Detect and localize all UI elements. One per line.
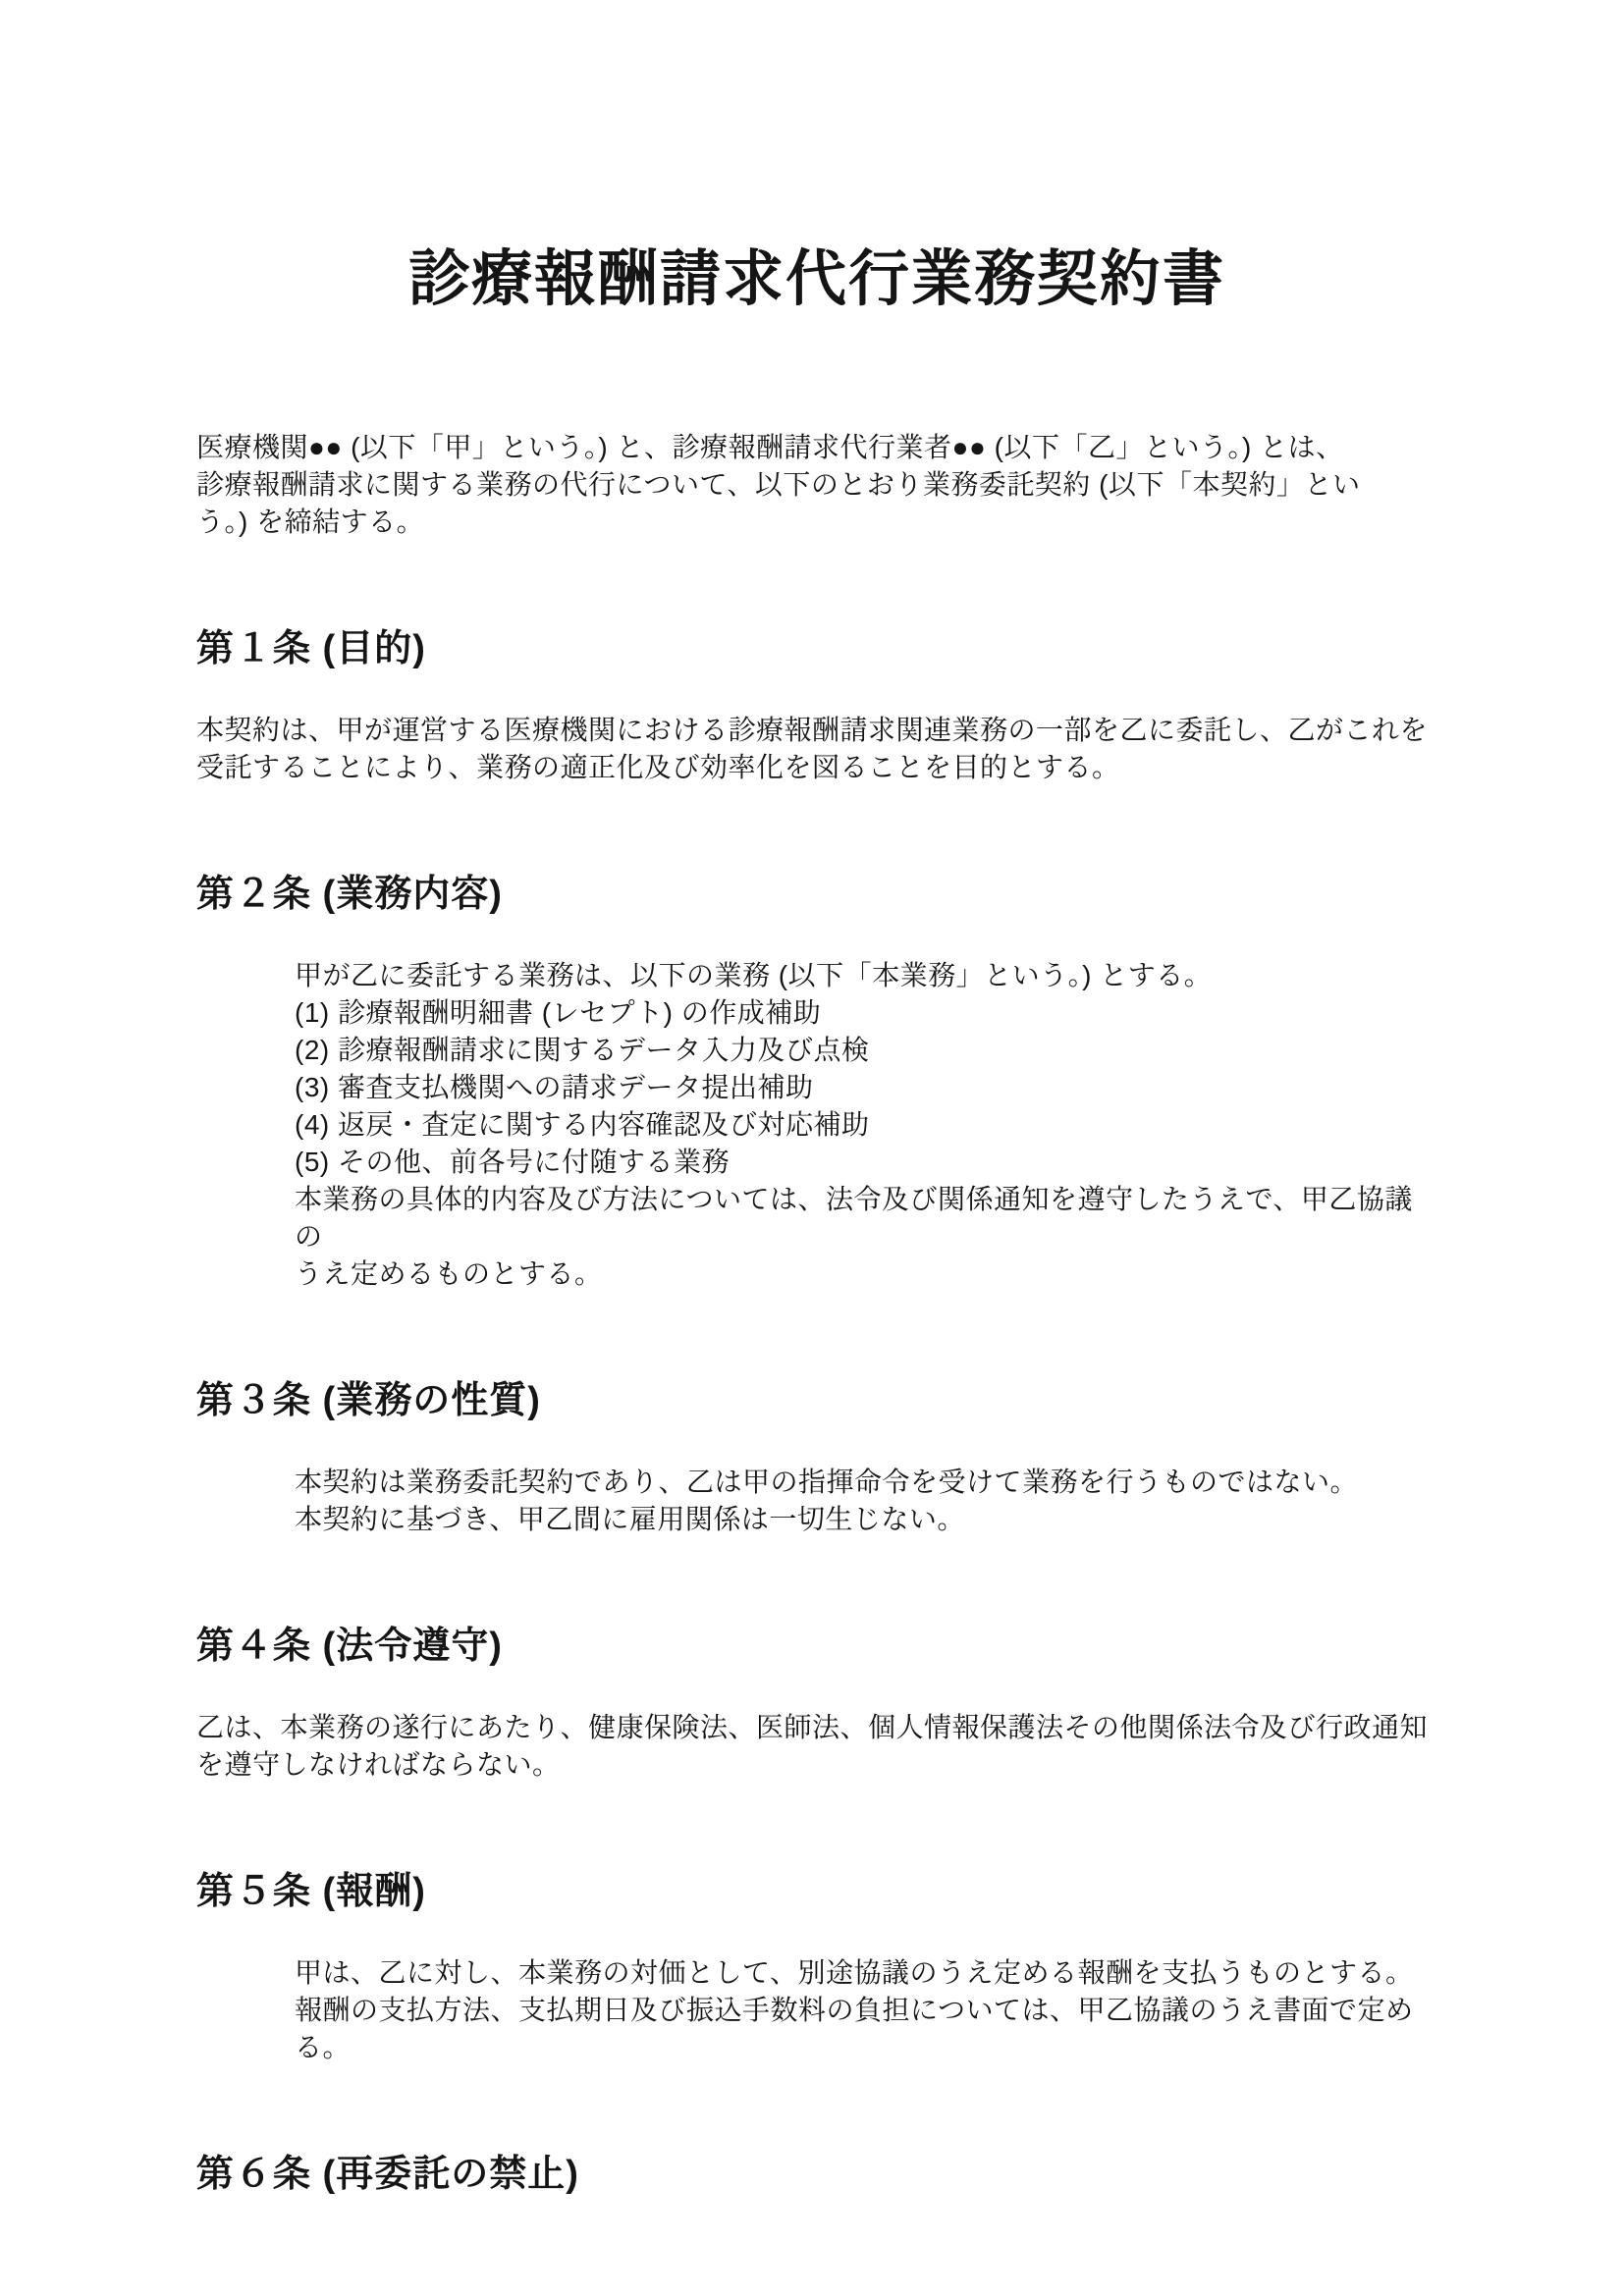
section-article-3: 第３条 (業務の性質) 本契約は業務委託契約であり、乙は甲の指揮命令を受けて業務… (196, 1375, 1437, 1538)
section-2-heading: 第２条 (業務内容) (196, 869, 1437, 920)
section-5-heading: 第５条 (報酬) (196, 1866, 1437, 1917)
section-3-body: 本契約は業務委託契約であり、乙は甲の指揮命令を受けて業務を行うものではない。 本… (295, 1464, 1437, 1538)
section-article-4: 第４条 (法令遵守) 乙は、本業務の遂行にあたり、健康保険法、医師法、個人情報保… (196, 1621, 1437, 1784)
section-article-2: 第２条 (業務内容) 甲が乙に委託する業務は、以下の業務 (以下「本業務」という… (196, 869, 1437, 1293)
section-4-body: 乙は、本業務の遂行にあたり、健康保険法、医師法、個人情報保護法その他関係法令及び… (196, 1709, 1437, 1784)
section-1-heading: 第１条 (目的) (196, 623, 1437, 674)
section-1-body: 本契約は、甲が運営する医療機関における診療報酬請求関連業務の一部を乙に委託し、乙… (196, 712, 1437, 786)
contract-document: 診療報酬請求代行業務契約書 医療機関●● (以下「甲」という。) と、診療報酬請… (0, 0, 1624, 2296)
intro-paragraph: 医療機関●● (以下「甲」という。) と、診療報酬請求代行業者●● (以下「乙」… (196, 429, 1437, 541)
section-3-heading: 第３条 (業務の性質) (196, 1375, 1437, 1426)
section-article-5: 第５条 (報酬) 甲は、乙に対し、本業務の対価として、別途協議のうえ定める報酬を… (196, 1866, 1437, 2066)
section-5-body: 甲は、乙に対し、本業務の対価として、別途協議のうえ定める報酬を支払うものとする。… (295, 1954, 1437, 2066)
section-4-heading: 第４条 (法令遵守) (196, 1621, 1437, 1672)
section-6-heading: 第６条 (再委託の禁止) (196, 2149, 1437, 2200)
section-article-1: 第１条 (目的) 本契約は、甲が運営する医療機関における診療報酬請求関連業務の一… (196, 623, 1437, 786)
section-article-6: 第６条 (再委託の禁止) (196, 2149, 1437, 2200)
section-2-body: 甲が乙に委託する業務は、以下の業務 (以下「本業務」という。) とする。 (1)… (295, 957, 1437, 1293)
document-title: 診療報酬請求代行業務契約書 (196, 239, 1437, 321)
